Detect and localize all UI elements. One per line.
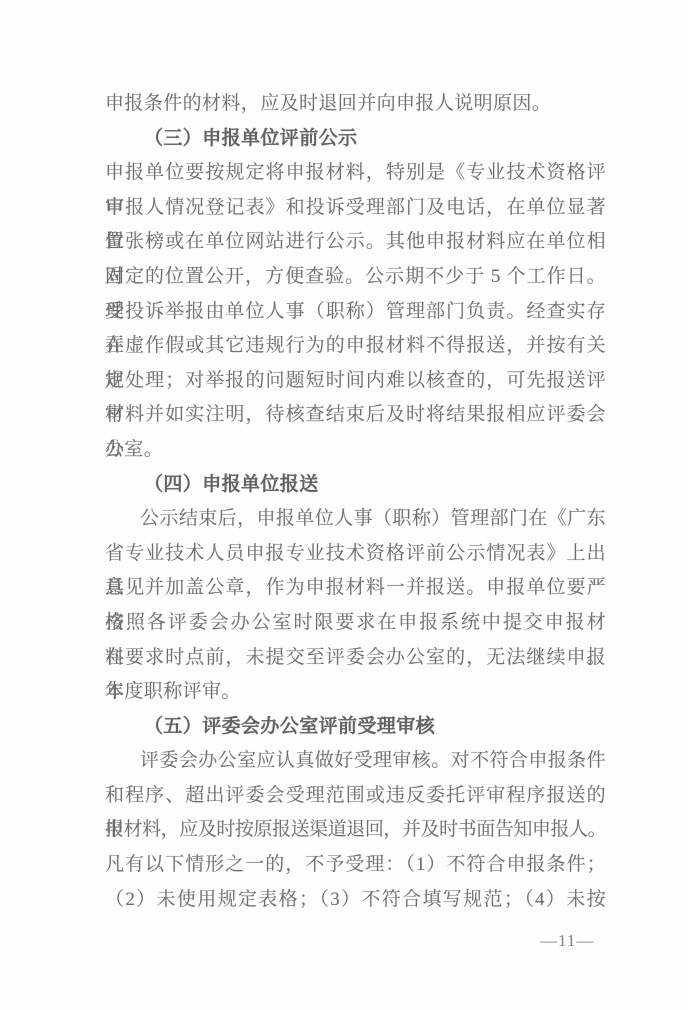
section-heading: （三）申报单位评前公示: [105, 122, 606, 157]
body-line: 年度职称评审。: [105, 675, 606, 710]
body-line: 置张榜或在单位网站进行公示。其他申报材料应在单位相对: [105, 225, 606, 260]
page-number: —11—: [540, 930, 594, 952]
body-line: 弄虚作假或其它违规行为的申报材料不得报送，并按有关规: [105, 329, 606, 364]
body-line: 评委会办公室应认真做好受理审核。对不符合申报条件: [105, 744, 606, 779]
body-line: 意见并加盖公章，作为申报材料一并报送。申报单位要严格: [105, 571, 606, 606]
body-line: 申报人情况登记表》和投诉受理部门及电话，在单位显著位: [105, 191, 606, 226]
body-line: 报材料，应及时按原报送渠道退回，并及时书面告知申报人。: [105, 813, 606, 848]
body-line: 省专业技术人员申报专业技术资格评前公示情况表》上出具: [105, 537, 606, 572]
body-line: 公室。: [105, 433, 606, 468]
body-line: 理投诉举报由单位人事（职称）管理部门负责。经查实存在: [105, 295, 606, 330]
body-line: 申报条件的材料，应及时退回并向申报人说明原因。: [105, 87, 606, 122]
document-text-block: 申报条件的材料，应及时退回并向申报人说明原因。 （三）申报单位评前公示 申报单位…: [105, 87, 606, 917]
body-line: 在要求时点前，未提交至评委会办公室的，无法继续申报本: [105, 641, 606, 676]
body-line: 材料并如实注明，待核查结束后及时将结果报相应评委会办: [105, 398, 606, 433]
document-page: 申报条件的材料，应及时退回并向申报人说明原因。 （三）申报单位评前公示 申报单位…: [0, 0, 688, 1010]
body-line: 公示结束后，申报单位人事（职称）管理部门在《广东: [105, 502, 606, 537]
body-line: 申报单位要按规定将申报材料，特别是《专业技术资格评审: [105, 156, 606, 191]
body-line: 按照各评委会办公室时限要求在申报系统中提交申报材料。: [105, 606, 606, 641]
section-heading: （五）评委会办公室评前受理审核: [105, 710, 606, 745]
section-heading: （四）申报单位报送: [105, 468, 606, 503]
body-line: 固定的位置公开，方便查验。公示期不少于 5 个工作日。受: [105, 260, 606, 295]
body-line: （2）未使用规定表格；（3）不符合填写规范；（4）未按: [105, 883, 606, 918]
body-line: 和程序、超出评委会受理范围或违反委托评审程序报送的申: [105, 779, 606, 814]
body-line: 定处理；对举报的问题短时间内难以核查的，可先报送评审: [105, 364, 606, 399]
body-line: 凡有以下情形之一的，不予受理：（1）不符合申报条件；: [105, 848, 606, 883]
